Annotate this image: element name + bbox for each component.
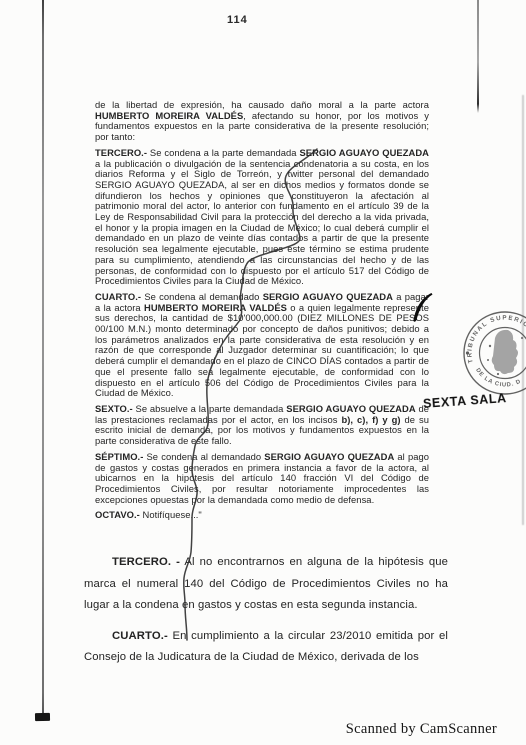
scanned-page: 114 de la libertad de expresión, ha caus… [0,0,526,745]
body-paragraph: SÉPTIMO.- Se condena al demandado SERGIO… [95,452,429,506]
bold-run: SERGIO AGUAYO QUEZADA [286,403,415,414]
bold-run: SÉPTIMO.- [95,451,143,462]
bold-run: HUMBERTO MOREIRA VALDÉS [95,110,243,121]
bold-run: TERCERO. - [112,556,180,568]
closing-text-block: TERCERO. - Al no encontrarnos en alguna … [84,552,448,678]
body-paragraph: CUARTO.- Se condena al demandado SERGIO … [95,292,429,399]
body-paragraph: TERCERO.- Se condena a la parte demandad… [95,148,429,287]
closing-paragraph: TERCERO. - Al no encontrarnos en alguna … [84,552,448,617]
fold-end-mark [35,713,50,721]
body-paragraph: SEXTO.- Se absuelve a la parte demandada… [95,404,429,447]
bold-run: CUARTO.- [95,291,141,302]
text-run: Notifíquese..." [140,509,202,520]
bold-run: SERGIO AGUAYO QUEZADA [264,451,394,462]
text-run: de la libertad de expresión, ha causado … [95,99,429,110]
bold-run: OCTAVO.- [95,509,140,520]
top-edge-line [477,0,479,113]
bold-run: SEXTO.- [95,403,133,414]
closing-paragraph: CUARTO.- En cumplimiento a la circular 2… [84,626,448,669]
bold-run: SERGIO AGUAYO QUEZADA [263,291,393,302]
bold-run: CUARTO.- [112,630,168,642]
scanner-credit: Scanned by CamScanner [346,721,497,738]
text-run: a la publicación o divulgación de la sen… [95,158,429,287]
text-run: Se condena al demandado [141,291,263,302]
left-fold-line [42,0,44,721]
body-text-block: de la libertad de expresión, ha causado … [95,100,429,526]
bold-run: HUMBERTO MOREIRA VALDÉS [144,302,287,313]
seal-ring-dot [466,351,469,354]
body-paragraph: OCTAVO.- Notifíquese..." [95,510,429,521]
bold-run: SERGIO AGUAYO QUEZADA [299,147,429,158]
body-paragraph: de la libertad de expresión, ha causado … [95,100,429,143]
bold-run: TERCERO.- [95,147,147,158]
page-number: 114 [227,14,248,26]
bold-run: b), c), f) y g) [341,414,400,425]
text-run: o a quien legalmente represente sus dere… [95,302,429,399]
text-run: Se condena a la parte demandada [147,147,299,158]
text-run: Se condena al demandado [143,451,264,462]
text-run: Se absuelve a la parte demandada [133,403,287,414]
